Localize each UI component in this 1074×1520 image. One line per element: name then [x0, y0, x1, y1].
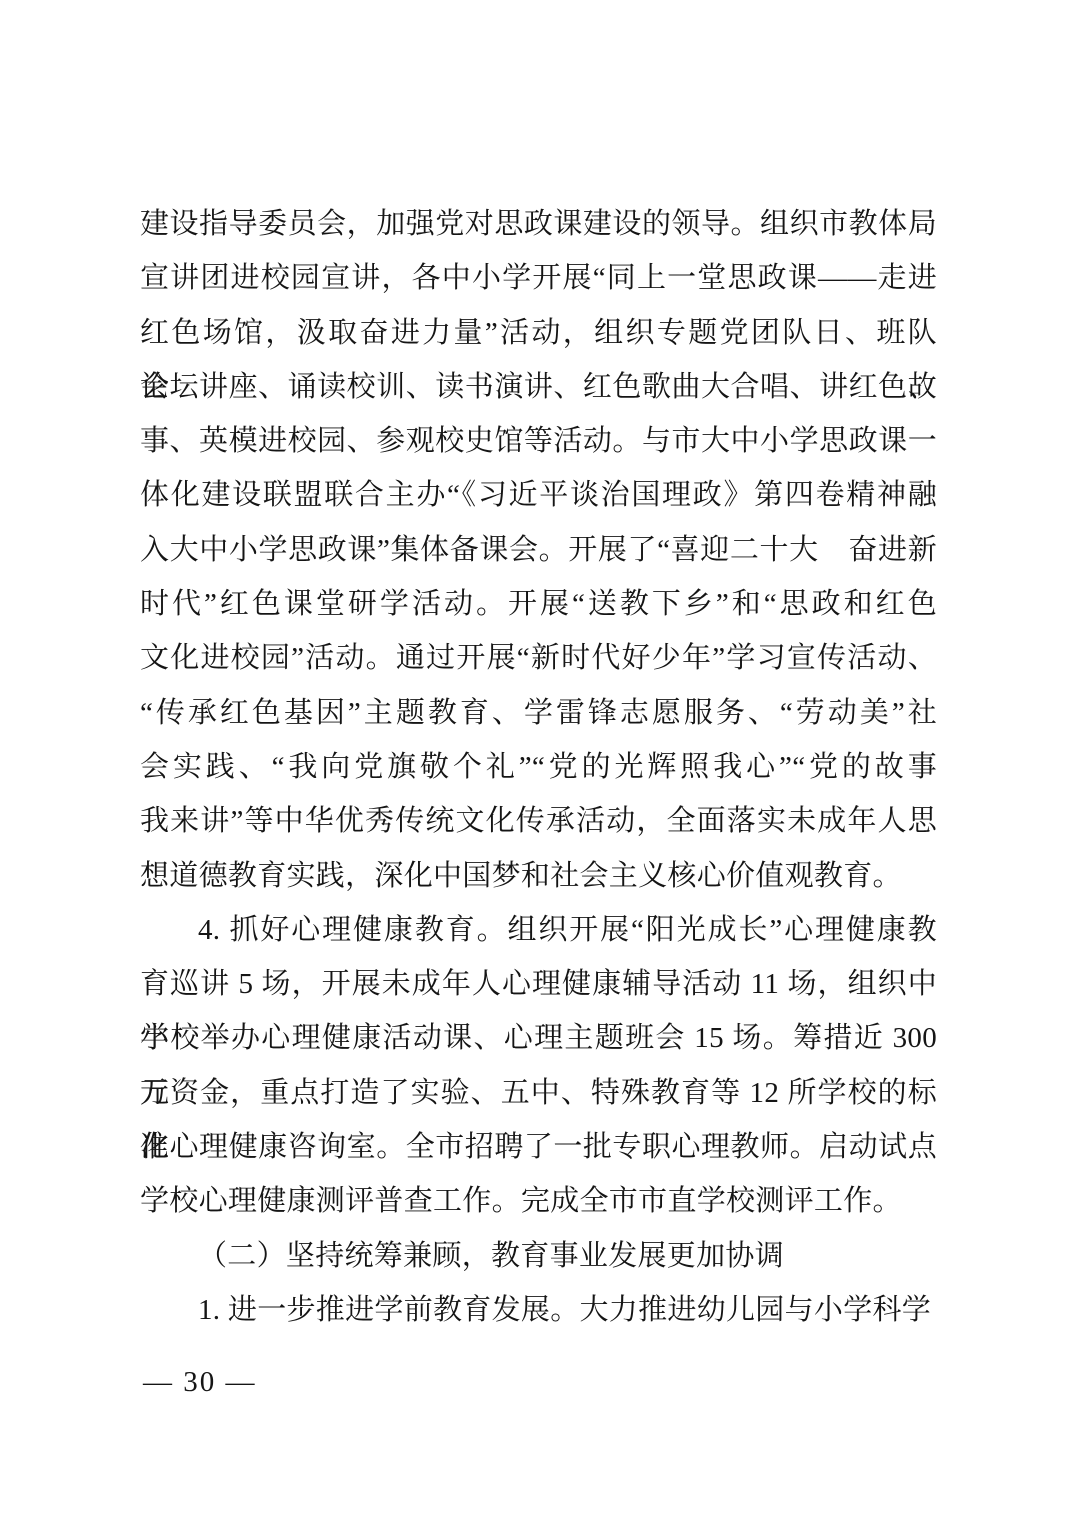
text-line: 1. 进一步推进学前教育发展。大力推进幼儿园与小学科学 — [140, 1283, 937, 1337]
text-line: 红色场馆，汲取奋进力量”活动，组织专题党团队日、班队会、 — [140, 306, 937, 360]
text-line: 会实践、“我向党旗敬个礼”“党的光辉照我心”“党的故事 — [140, 740, 937, 794]
text-line: “传承红色基因”主题教育、学雷锋志愿服务、“劳动美”社 — [140, 686, 937, 740]
text-line: 我来讲”等中华优秀传统文化传承活动，全面落实未成年人思 — [140, 794, 937, 848]
text-line: 学校心理健康测评普查工作。完成全市市直学校测评工作。 — [140, 1174, 937, 1228]
text-line: 时代”红色课堂研学活动。开展“送教下乡”和“思政和红色 — [140, 577, 937, 631]
text-line: 4. 抓好心理健康教育。组织开展“阳光成长”心理健康教 — [140, 903, 937, 957]
text-line: 建设指导委员会，加强党对思政课建设的领导。组织市教体局 — [140, 197, 937, 251]
text-line: 学校举办心理健康活动课、心理主题班会 15 场。筹措近 300 万 — [140, 1011, 937, 1065]
text-line: （二）坚持统筹兼顾，教育事业发展更加协调 — [140, 1229, 937, 1283]
text-line: 事、英模进校园、参观校史馆等活动。与市大中小学思政课一 — [140, 414, 937, 468]
document-page: 建设指导委员会，加强党对思政课建设的领导。组织市教体局宣讲团进校园宣讲，各中小学… — [0, 0, 1074, 1520]
page-number: — 30 — — [143, 1362, 257, 1402]
text-line: 化心理健康咨询室。全市招聘了一批专职心理教师。启动试点 — [140, 1120, 937, 1174]
text-line: 育巡讲 5 场，开展未成年人心理健康辅导活动 11 场，组织中小 — [140, 957, 937, 1011]
text-line: 文化进校园”活动。通过开展“新时代好少年”学习宣传活动、 — [140, 631, 937, 685]
text-line: 入大中小学思政课”集体备课会。开展了“喜迎二十大 奋进新 — [140, 523, 937, 577]
text-line: 论坛讲座、诵读校训、读书演讲、红色歌曲大合唱、讲红色故 — [140, 360, 937, 414]
text-line: 想道德教育实践，深化中国梦和社会主义核心价值观教育。 — [140, 849, 937, 903]
document-body: 建设指导委员会，加强党对思政课建设的领导。组织市教体局宣讲团进校园宣讲，各中小学… — [140, 197, 937, 1337]
text-line: 宣讲团进校园宣讲，各中小学开展“同上一堂思政课——走进 — [140, 251, 937, 305]
text-line: 元资金，重点打造了实验、五中、特殊教育等 12 所学校的标准 — [140, 1066, 937, 1120]
text-line: 体化建设联盟联合主办“《习近平谈治国理政》第四卷精神融 — [140, 468, 937, 522]
